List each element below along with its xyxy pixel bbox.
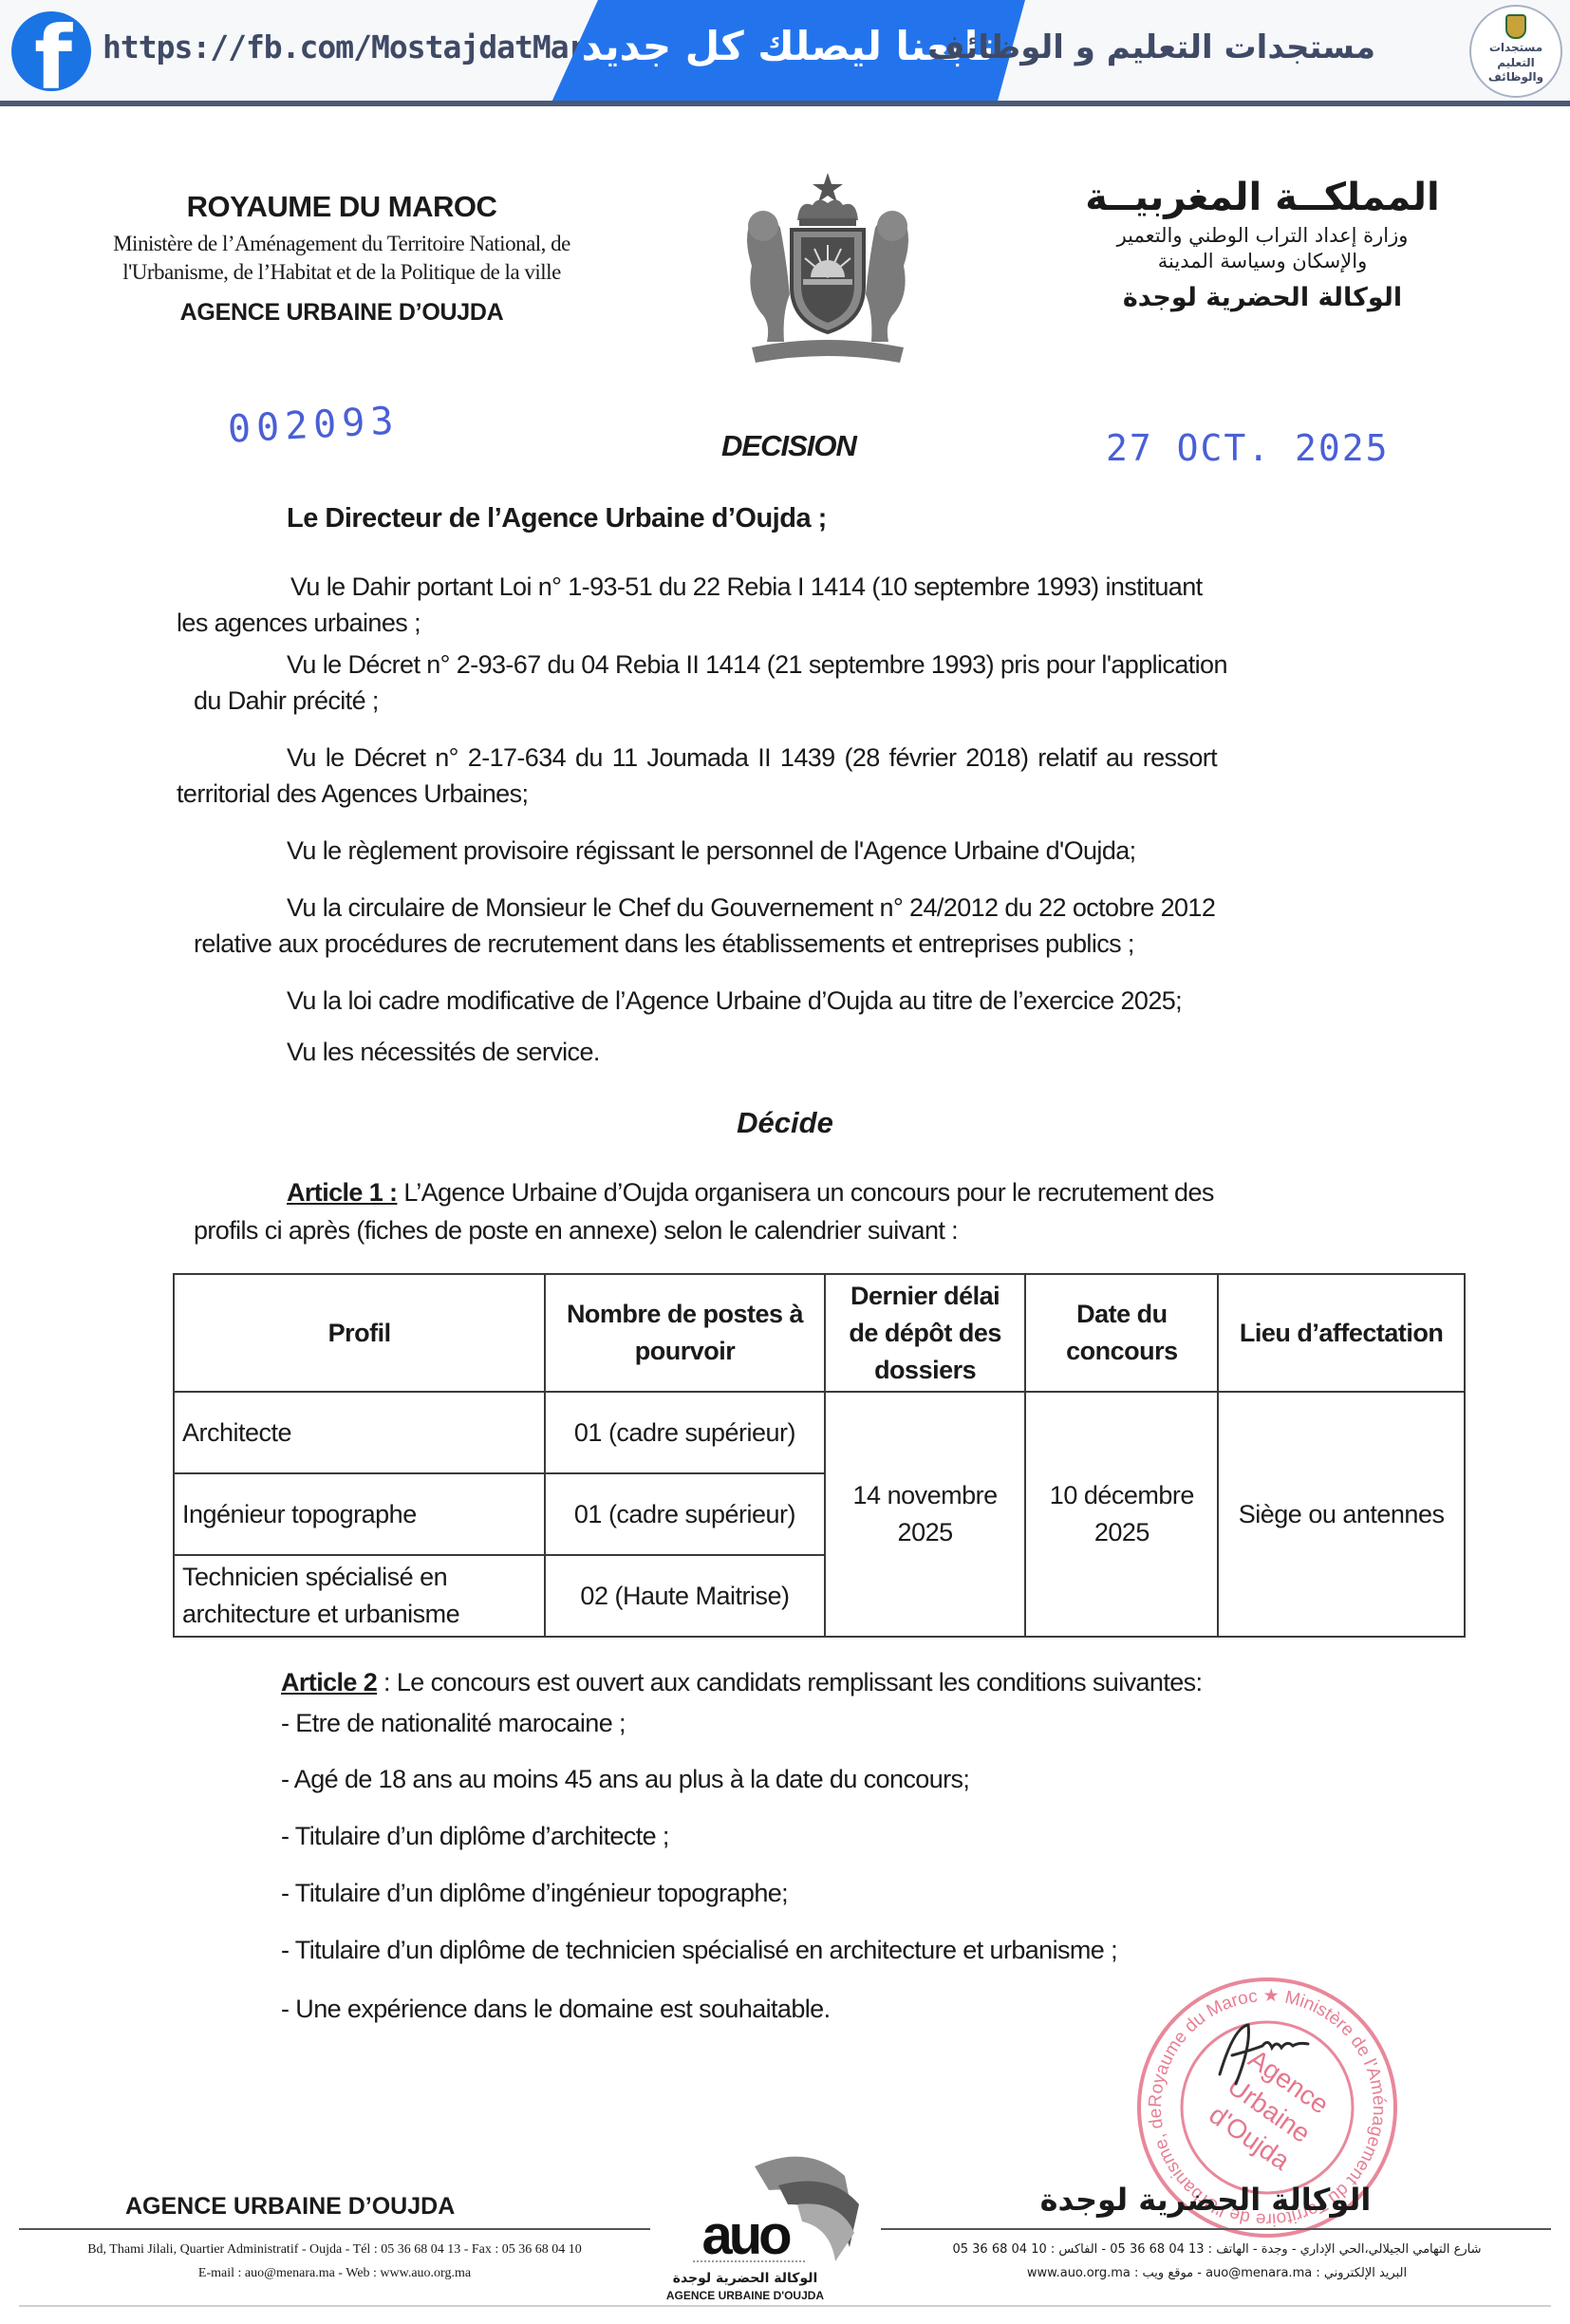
cell-postes: 02 (Haute Maitrise): [545, 1555, 824, 1637]
consideration-5-line2: relative aux procédures de recrutement d…: [194, 929, 1134, 958]
consideration-3-cont: territorial des Agences Urbaines;: [177, 775, 528, 813]
consideration-6: Vu la loi cadre modificative de l’Agence…: [287, 982, 1182, 1020]
ministry-ar-line1: وزارة إعداد التراب الوطني والتعمير: [1073, 223, 1452, 249]
footer-agency-fr: AGENCE URBAINE D’OUJDA: [125, 2193, 455, 2221]
article-2-intro: : Le concours est ouvert aux candidats r…: [377, 1668, 1202, 1696]
consideration-2-cont: du Dahir précité ;: [194, 682, 379, 720]
consideration-3-line2: territorial des Agences Urbaines;: [177, 779, 528, 808]
article-1: Article 1 : L’Agence Urbaine d’Oujda org…: [287, 1173, 1214, 1211]
consideration-1-line1: Vu le Dahir portant Loi n° 1-93-51 du 22…: [290, 572, 1203, 601]
footer-address-ar-line2: البريد الإلكتروني : auo@menara.ma - موقع…: [892, 2261, 1542, 2285]
letterhead-arabic: المملكــة المغربيــة وزارة إعداد التراب …: [1073, 176, 1452, 312]
agency-ar: الوكالة الحضرية لوجدة: [1073, 283, 1452, 312]
condition-item: - Agé de 18 ans au moins 45 ans au plus …: [281, 1760, 969, 1798]
consideration-5: Vu la circulaire de Monsieur le Chef du …: [287, 889, 1215, 927]
consideration-1: Vu le Dahir portant Loi n° 1-93-51 du 22…: [290, 568, 1203, 606]
footer-address-fr-line2: E-mail : auo@menara.ma - Web : www.auo.o…: [19, 2261, 650, 2285]
consideration-7-line1: Vu les nécessités de service.: [287, 1038, 600, 1066]
cell-profil: Technicien spécialisé en architecture et…: [174, 1555, 545, 1637]
consideration-4-line1: Vu le règlement provisoire régissant le …: [287, 836, 1136, 865]
condition-item: - Titulaire d’un diplôme de technicien s…: [281, 1931, 1117, 1969]
header-location: Lieu d’affectation: [1218, 1274, 1465, 1392]
consideration-2-line1: Vu le Décret n° 2-93-67 du 04 Rebia II 1…: [287, 650, 1227, 679]
coat-of-arms-icon: [723, 161, 932, 370]
kingdom-fr: ROYAUME DU MAROC: [57, 190, 626, 224]
footer-address-ar: شارع التهامي الجيلالي،الحي الإداري - وجد…: [892, 2238, 1542, 2285]
recruitment-table: Profil Nombre de postes à pourvoir Derni…: [173, 1273, 1466, 1638]
header-exam-date: Date du concours: [1025, 1274, 1218, 1392]
letterhead-french: ROYAUME DU MAROC Ministère de l’Aménagem…: [57, 190, 626, 327]
facebook-icon[interactable]: f: [11, 11, 91, 91]
decision-date-stamp: 27 OCT. 2025: [1106, 427, 1390, 469]
article-1-text: L’Agence Urbaine d’Oujda organisera un c…: [397, 1178, 1213, 1207]
header-postes: Nombre de postes à pourvoir: [545, 1274, 824, 1392]
banner-divider: [0, 101, 1570, 106]
consideration-5-line1: Vu la circulaire de Monsieur le Chef du …: [287, 893, 1215, 922]
site-logo: مستجدات التعليم والوظائف: [1469, 5, 1562, 98]
footer-bottom-rule: [19, 2305, 1551, 2307]
consideration-7: Vu les nécessités de service.: [287, 1033, 600, 1071]
condition-item: - Une expérience dans le domaine est sou…: [281, 1990, 830, 2028]
header-profil: Profil: [174, 1274, 545, 1392]
footer-address-fr-line1: Bd, Thami Jilali, Quartier Administratif…: [19, 2238, 650, 2261]
logo-mark: auo: [701, 2204, 791, 2266]
footer-agency-ar: الوكالة الحضرية لوجدة: [987, 2182, 1424, 2218]
ministry-fr-line2: l'Urbanisme, de l’Habitat et de la Polit…: [57, 258, 626, 287]
decision-number-stamp: 002093: [227, 399, 401, 451]
table-header-row: Profil Nombre de postes à pourvoir Derni…: [174, 1274, 1465, 1392]
consideration-3-line1: Vu le Décret n° 2-17-634 du 11 Joumada I…: [287, 743, 1217, 772]
ministry-fr-line1: Ministère de l’Aménagement du Territoire…: [57, 230, 626, 258]
table-row: Architecte 01 (cadre supérieur) 14 novem…: [174, 1392, 1465, 1473]
condition-item: - Etre de nationalité marocaine ;: [281, 1704, 626, 1742]
consideration-2: Vu le Décret n° 2-93-67 du 04 Rebia II 1…: [287, 646, 1227, 684]
cell-profil: Architecte: [174, 1392, 545, 1473]
kingdom-ar: المملكــة المغربيــة: [1073, 176, 1452, 219]
cell-postes: 01 (cadre supérieur): [545, 1473, 824, 1555]
footer-divider-right: [881, 2228, 1551, 2230]
consideration-4: Vu le règlement provisoire régissant le …: [287, 832, 1136, 870]
consideration-6-line1: Vu la loi cadre modificative de l’Agence…: [287, 986, 1182, 1015]
article-1-line2: profils ci après (fiches de poste en ann…: [194, 1216, 958, 1245]
condition-item: - Titulaire d’un diplôme d’architecte ;: [281, 1817, 669, 1855]
ministry-ar-line2: والإسكان وسياسة المدينة: [1073, 249, 1452, 274]
footer-address-ar-line1: شارع التهامي الجيلالي،الحي الإداري - وجد…: [892, 2238, 1542, 2261]
decision-title: DECISION: [721, 429, 856, 463]
director-line: Le Directeur de l’Agence Urbaine d’Oujda…: [287, 503, 827, 534]
article-2-label: Article 2: [281, 1668, 377, 1696]
decide-heading: Décide: [0, 1106, 1570, 1140]
logo-text-2: والوظائف: [1471, 70, 1561, 85]
logo-caption-ar: الوكالة الحضرية لوجدة: [664, 2271, 826, 2286]
article-1-label: Article 1 :: [287, 1178, 397, 1207]
article-2: Article 2 : Le concours est ouvert aux c…: [281, 1663, 1202, 1701]
header-deadline: Dernier délai de dépôt des dossiers: [825, 1274, 1026, 1392]
agency-fr: AGENCE URBAINE D’OUJDA: [57, 299, 626, 327]
consideration-2-line2: du Dahir précité ;: [194, 686, 379, 715]
ministry-fr: Ministère de l’Aménagement du Territoire…: [57, 230, 626, 288]
condition-item: - Titulaire d’un diplôme d’ingénieur top…: [281, 1874, 788, 1912]
consideration-1-cont: les agences urbaines ;: [177, 604, 421, 642]
site-title: مستجدات التعليم و الوظائف: [927, 28, 1375, 66]
emblem-icon: [1505, 14, 1526, 39]
ministry-ar: وزارة إعداد التراب الوطني والتعمير والإس…: [1073, 223, 1452, 275]
footer-address-fr: Bd, Thami Jilali, Quartier Administratif…: [19, 2238, 650, 2285]
article-1-cont: profils ci après (fiches de poste en ann…: [194, 1211, 958, 1249]
consideration-1-line2: les agences urbaines ;: [177, 609, 421, 637]
cell-profil: Ingénieur topographe: [174, 1473, 545, 1555]
logo-caption-fr: AGENCE URBAINE D'OUJDA: [664, 2289, 826, 2302]
facebook-link[interactable]: https://fb.com/MostajdatMaroc: [103, 28, 622, 66]
cell-location: Siège ou antennes: [1218, 1392, 1465, 1637]
cell-exam-date: 10 décembre 2025: [1025, 1392, 1218, 1637]
consideration-3: Vu le Décret n° 2-17-634 du 11 Joumada I…: [287, 739, 1217, 777]
cell-postes: 01 (cadre supérieur): [545, 1392, 824, 1473]
logo-text-1: مستجدات التعليم: [1471, 41, 1561, 70]
consideration-5-cont: relative aux procédures de recrutement d…: [194, 925, 1134, 963]
promo-banner: f https://fb.com/MostajdatMaroc تابعنا ل…: [0, 0, 1570, 106]
cell-deadline: 14 novembre 2025: [825, 1392, 1026, 1637]
footer-divider-left: [19, 2228, 650, 2230]
